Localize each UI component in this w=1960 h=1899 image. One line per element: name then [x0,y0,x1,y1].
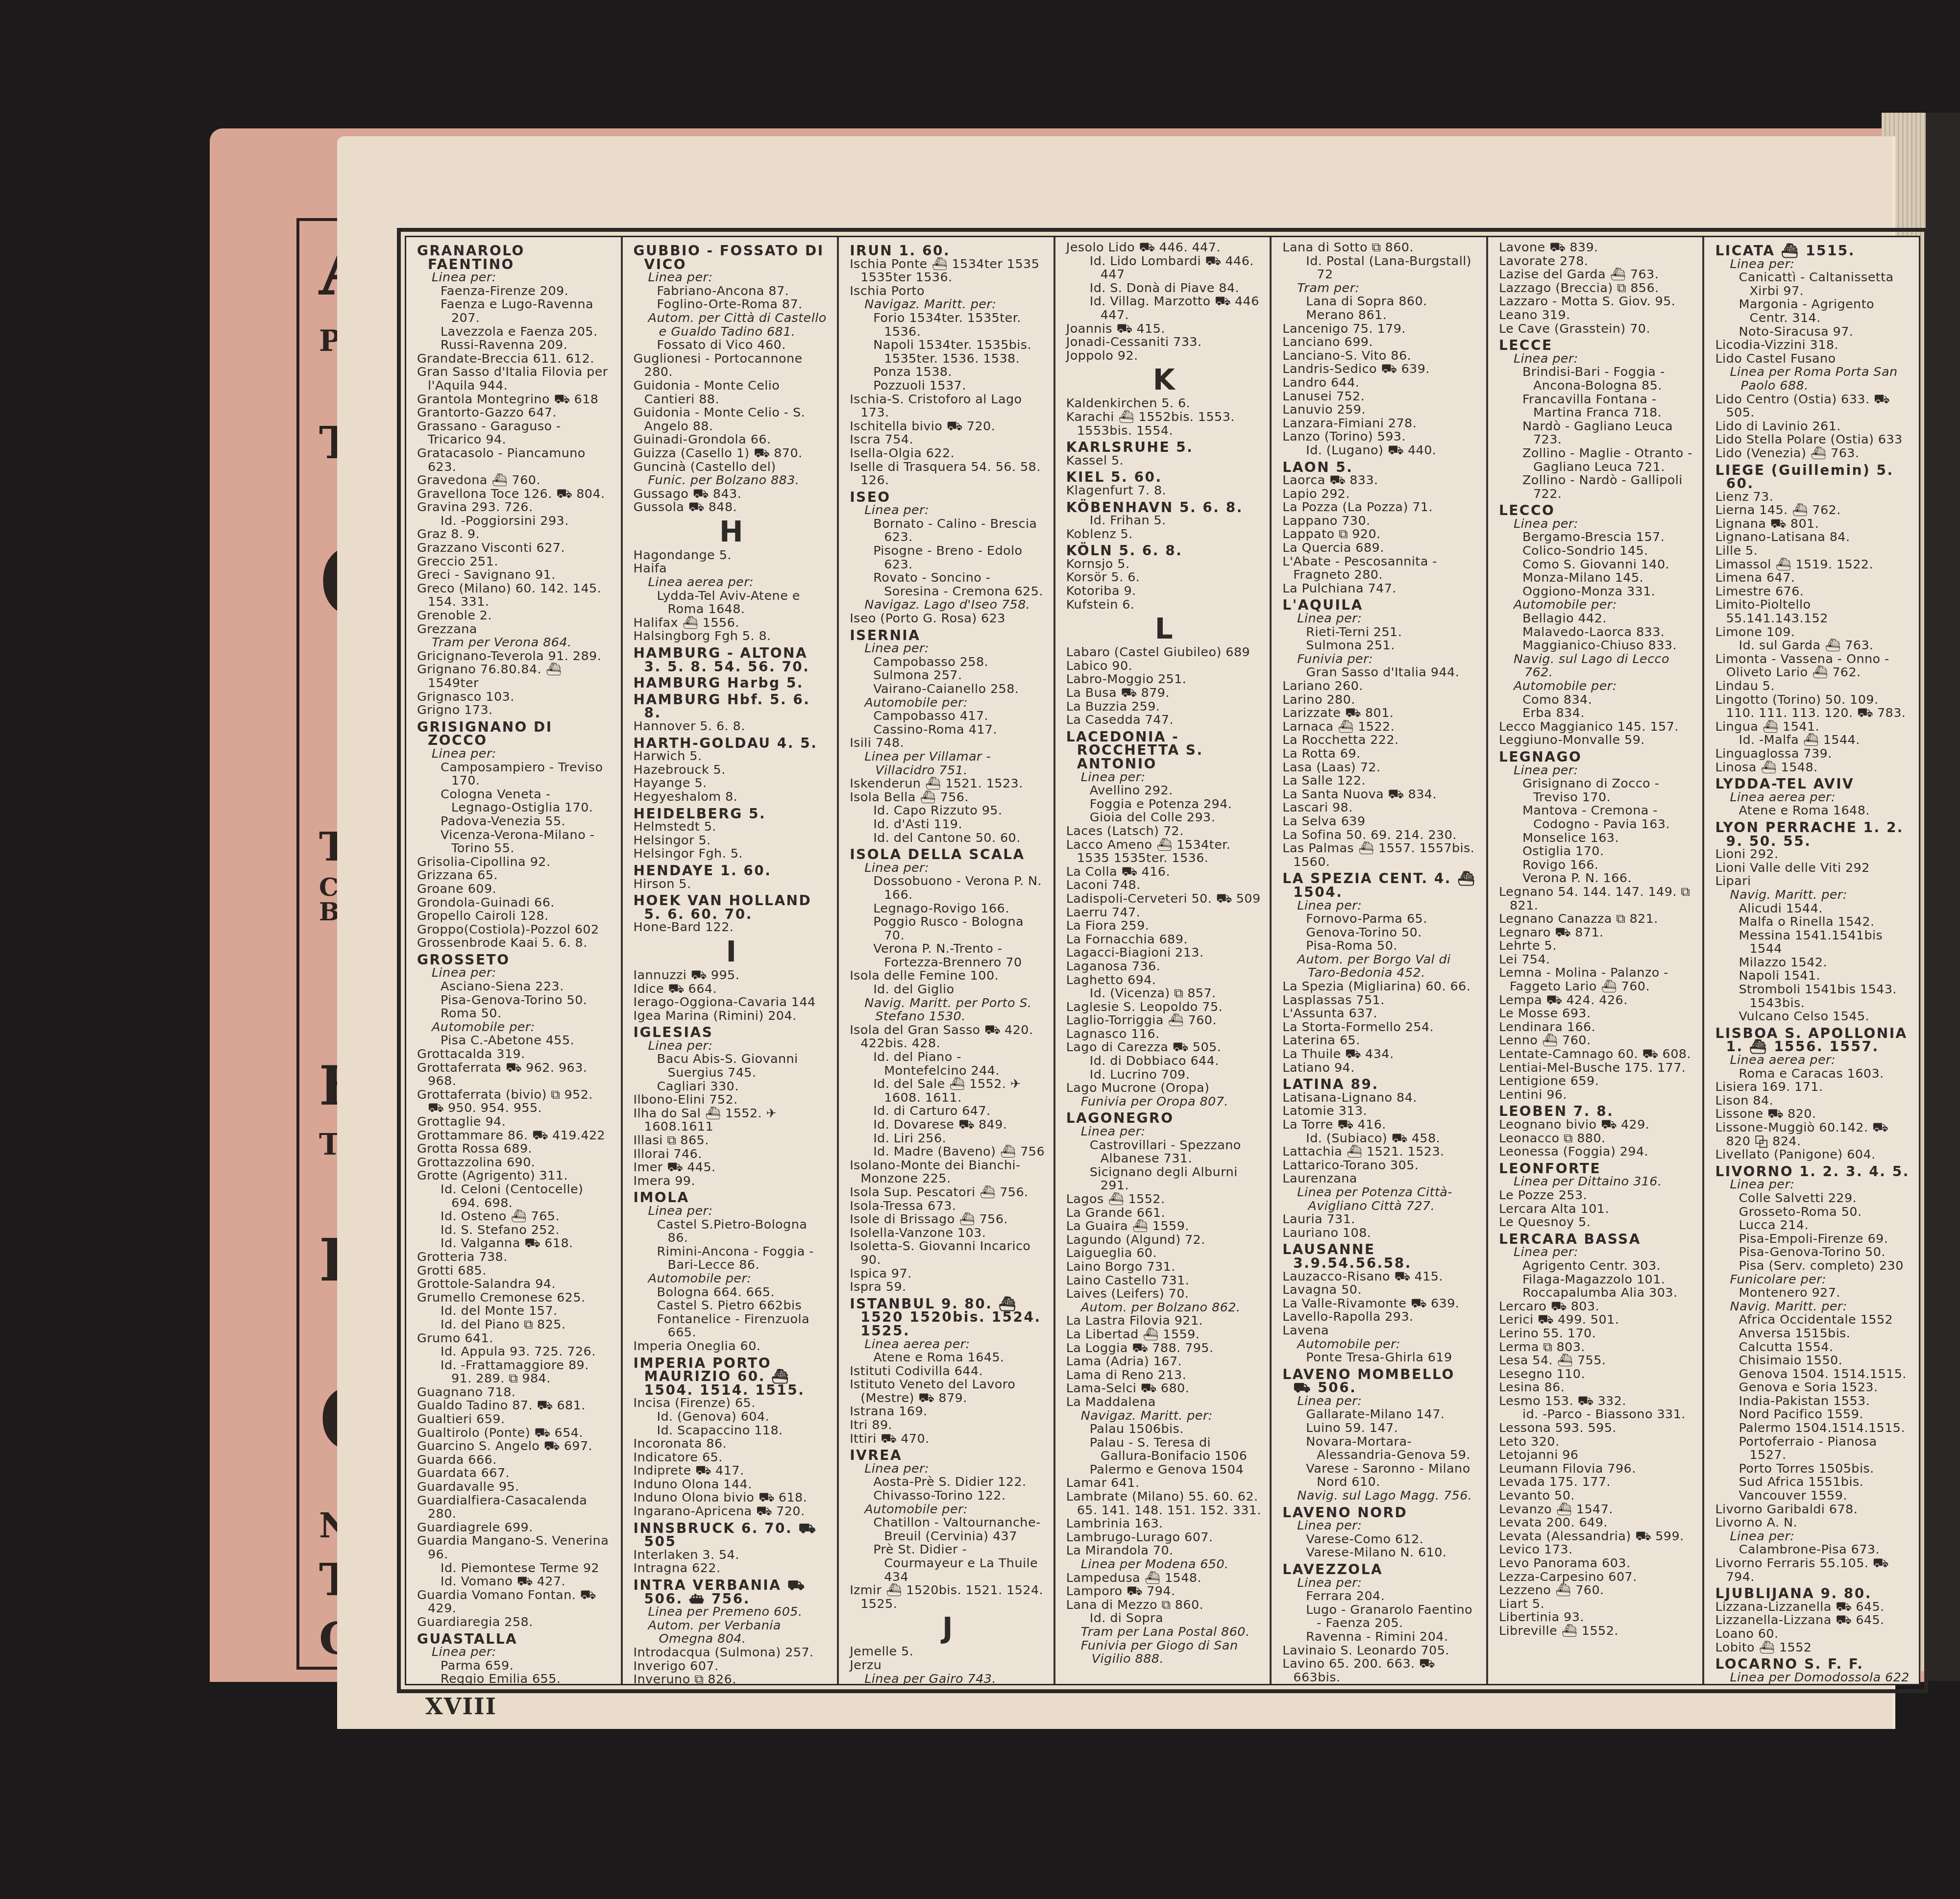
station-entry: Le Cave (Grasstein) 70. [1499,322,1695,336]
station-entry: Limito-Pioltello 55.141.143.152 [1715,598,1911,625]
route-label: Linea per Roma Porta San Paolo 688. [1715,366,1911,393]
section-letter: I [634,935,830,969]
station-entry: Laglesie S. Leopoldo 75. [1066,1001,1262,1014]
sub-entry: Id. (Lugano) ⛟ 440. [1282,444,1478,458]
station-heading: LAVEZZOLA [1282,1563,1478,1577]
station-entry: Latiano 94. [1282,1061,1478,1075]
station-entry: Grottazzolina 690. [417,1156,613,1170]
index-column-1: GRANAROLO FAENTINOLinea per:Faenza-Firen… [406,237,623,1684]
station-entry: Halsingborg Fgh 5. 8. [634,630,830,643]
station-entry: Guardavalle 95. [417,1480,613,1494]
station-entry: Guardialfiera-Casacalenda 280. [417,1494,613,1521]
station-heading: ISOLA DELLA SCALA [850,848,1046,862]
route-label: Linea per: [1499,764,1695,778]
sub-entry: Pisa-Genova-Torino 50. [1715,1246,1911,1259]
station-entry: Groppo(Costiola)-Pozzol 602 [417,923,613,937]
station-entry: Lissone-Muggiò 60.142. ⛟ 820 ⧉ 824. [1715,1121,1911,1148]
station-entry: Laces (Latsch) 72. [1066,825,1262,839]
station-entry: Lesina 86. [1499,1381,1695,1395]
station-entry: Joppolo 92. [1066,349,1262,363]
station-entry: Laorca ⛟ 833. [1282,474,1478,488]
route-label: Linea per: [1499,352,1695,366]
station-entry: Lingua ⛴ 1541. [1715,720,1911,734]
station-entry: Grottammare 86. ⛟ 419.422 [417,1129,613,1143]
sub-entry: Novara-Mortara-Alessandria-Genova 59. [1282,1435,1478,1462]
sub-entry: Id. Dovarese ⛟ 849. [850,1118,1046,1132]
station-entry: Gran Sasso d'Italia Filovia per l'Aquila… [417,366,613,393]
sub-entry: Ostiglia 170. [1499,845,1695,859]
station-heading: LAVENO MOMBELLO ⛟ 506. [1282,1368,1478,1395]
sub-entry: Id. -Frattamaggiore 89. 91. 289. ⧉ 984. [417,1359,613,1386]
station-entry: Lehrte 5. [1499,939,1695,953]
station-entry: Lasa (Laas) 72. [1282,761,1478,775]
sub-entry: Colico-Sondrio 145. [1499,544,1695,558]
station-entry: Izmir ⛴ 1520bis. 1521. 1524. 1525. [850,1584,1046,1611]
station-entry: Jonadi-Cessaniti 733. [1066,336,1262,349]
route-label: Navig. sul Lago di Lecco 762. [1499,653,1695,680]
station-entry: Lancenigo 75. 179. [1282,322,1478,336]
route-label: Linea per Villamar - Villacidro 751. [850,750,1046,777]
station-entry: Lanciano-S. Vito 86. [1282,349,1478,363]
route-label: Linea per Dittaino 316. [1499,1175,1695,1189]
station-entry: Lazise del Garda ⛴ 763. [1499,268,1695,282]
sub-entry: id. -Parco - Biassono 331. [1499,1408,1695,1422]
cover-glyph: B [319,897,340,926]
station-entry: Larino 280. [1282,693,1478,707]
route-label: Funivia per: [1282,653,1478,666]
station-entry: Livorno A. N. [1715,1516,1911,1530]
station-entry: Lattarico-Torano 305. [1282,1159,1478,1173]
station-entry: Lambrinia 163. [1066,1517,1262,1531]
station-entry: Lesegno 110. [1499,1368,1695,1381]
route-label: Automobile per: [850,1503,1046,1517]
sub-entry: Grosseto-Roma 50. [1715,1206,1911,1219]
sub-entry: Napoli 1534ter. 1535bis. 1535ter. 1536. … [850,339,1046,366]
station-entry: Linosa ⛴ 1548. [1715,761,1911,775]
sub-entry: Id. di Sopra [1066,1612,1262,1626]
station-entry: Lison 84. [1715,1094,1911,1108]
station-entry: La Casedda 747. [1066,714,1262,727]
sub-entry: Id. del Piano ⧉ 825. [417,1318,613,1332]
sub-entry: Legnago-Rovigo 166. [850,902,1046,916]
station-entry: Grotta Rossa 689. [417,1142,613,1156]
station-entry: Grottole-Salandra 94. [417,1278,613,1291]
station-entry: L'Abate - Pescosannita - Fragneto 280. [1282,555,1478,582]
station-entry: Lioni Valle delle Viti 292 [1715,862,1911,875]
station-heading: HOEK VAN HOLLAND 5. 6. 60. 70. [634,894,830,921]
station-entry: Ischia Porto [850,285,1046,298]
station-entry: Hayange 5. [634,777,830,790]
station-entry: Le Quesnoy 5. [1499,1216,1695,1230]
station-entry: Jemelle 5. [850,1645,1046,1659]
station-entry: Grantola Montegrino ⛟ 618 [417,393,613,407]
route-label: Linea aerea per: [1715,791,1911,805]
sub-entry: Id. Liri 256. [850,1132,1046,1146]
sub-entry: Id. del Monte 157. [417,1305,613,1318]
station-heading: IVREA [850,1449,1046,1462]
station-heading: LISBOA S. APOLLONIA 1. ⛴ 1556. 1557. [1715,1027,1911,1054]
station-entry: Laglio-Torriggia ⛴ 760. [1066,1014,1262,1028]
station-entry: Gualtirolo (Ponte) ⛟ 654. [417,1427,613,1440]
sub-entry: Como S. Giovanni 140. [1499,558,1695,572]
station-entry: La Rotta 69. [1282,747,1478,761]
sub-entry: Calcutta 1554. [1715,1341,1911,1355]
route-label: Navigaz. Maritt. per: [1066,1409,1262,1423]
sub-entry: Pisa-Genova-Torino 50. [417,994,613,1008]
station-heading: LACEDONIA - ROCCHETTA S. ANTONIO [1066,730,1262,771]
station-entry: Lascari 98. [1282,801,1478,815]
station-entry: La Storta-Formello 254. [1282,1021,1478,1035]
sub-entry: Vulcano Celso 1545. [1715,1010,1911,1024]
station-entry: La Maddalena [1066,1396,1262,1409]
station-heading: LIVORNO 1. 2. 3. 4. 5. [1715,1165,1911,1179]
sub-entry: Ponte Tresa-Ghirla 619 [1282,1351,1478,1365]
station-entry: Laerru 747. [1066,906,1262,920]
station-entry: Kaldenkirchen 5. 6. [1066,397,1262,411]
station-heading: ISTANBUL 9. 80. ⛴ 1520 1520bis. 1524. 15… [850,1297,1046,1338]
station-entry: Lido Centro (Ostia) 633. ⛟ 505. [1715,393,1911,420]
station-entry: La Thuile ⛟ 434. [1282,1048,1478,1061]
sub-entry: Brindisi-Bari - Foggia - Ancona-Bologna … [1499,366,1695,393]
station-entry: Lappato ⧉ 920. [1282,528,1478,542]
station-heading: LAVENO NORD [1282,1506,1478,1520]
station-entry: Grenoble 2. [417,609,613,623]
sub-entry: Id. -Poggiorsini 293. [417,515,613,528]
station-heading: HARTH-GOLDAU 4. 5. [634,737,830,750]
sub-entry: Id. -Malfa ⛴ 1544. [1715,734,1911,747]
station-entry: Lauzacco-Risano ⛟ 415. [1282,1270,1478,1284]
sub-entry: Cassino-Roma 417. [850,723,1046,737]
station-entry: Ierago-Oggiona-Cavaria 144 [634,996,830,1010]
station-entry: Jerzu [850,1659,1046,1673]
station-entry: Lavello-Rapolla 293. [1282,1310,1478,1324]
station-heading: GUBBIO - FOSSATO DI VICO [634,244,830,271]
station-entry: La Valle-Rivamonte ⛟ 639. [1282,1297,1478,1311]
station-entry: Lemna - Molina - Palanzo - Faggeto Lario… [1499,966,1695,993]
sub-entry: Rieti-Terni 251. [1282,626,1478,640]
station-entry: Iscra 754. [850,433,1046,447]
station-entry: Leano 319. [1499,309,1695,322]
station-entry: Ingarano-Apricena ⛟ 720. [634,1505,830,1519]
station-entry: Livorno Garibaldi 678. [1715,1503,1911,1517]
sub-entry: Africa Occidentale 1552 [1715,1313,1911,1327]
station-heading: HAMBURG Harbg 5. [634,676,830,690]
station-entry: Latomie 313. [1282,1105,1478,1118]
sub-entry: Portoferraio - Pianosa 1527. [1715,1435,1911,1462]
sub-entry: Ravenna - Rimini 204. [1282,1630,1478,1644]
station-entry: Korsör 5. 6. [1066,571,1262,585]
sub-entry: Lana di Sopra 860. [1282,295,1478,309]
sub-entry: Poggio Rusco - Bologna 70. [850,915,1046,942]
station-entry: Guidonia - Monte Celio Cantieri 88. [634,379,830,406]
station-heading: LEGNAGO [1499,750,1695,764]
sub-entry: Palermo e Genova 1504 [1066,1463,1262,1477]
route-label: Autom. per Bolzano 862. [1066,1301,1262,1315]
sub-entry: Id. Piemontese Terme 92 [417,1562,613,1576]
station-heading: LATINA 89. [1282,1078,1478,1091]
station-heading: INTRA VERBANIA ⛟ 506. ⛴ 756. [634,1578,830,1605]
station-entry: Isola-Tressa 673. [850,1200,1046,1213]
sub-entry: Lavezzola e Faenza 205. [417,325,613,339]
station-entry: Lago Mucrone (Oropa) [1066,1082,1262,1095]
station-entry: La Pozza (La Pozza) 71. [1282,501,1478,515]
route-label: Linea per: [1499,1246,1695,1259]
sub-entry: Zollino - Nardò - Gallipoli 722. [1499,474,1695,501]
station-entry: Grizzana 65. [417,869,613,883]
station-entry: Lama di Reno 213. [1066,1369,1262,1382]
sub-entry: Reggio Emilia 655. [417,1673,613,1684]
sub-entry: Grisignano di Zocco - Treviso 170. [1499,777,1695,804]
station-entry: Grottaferrata ⛟ 962. 963. 968. [417,1061,613,1088]
station-entry: Lappano 730. [1282,515,1478,528]
station-heading: GRANAROLO FAENTINO [417,244,613,271]
station-entry: Grazzano Visconti 627. [417,542,613,555]
sub-entry: Palau 1506bis. [1066,1423,1262,1436]
sub-entry: Id. Capo Rizzuto 95. [850,804,1046,818]
sub-entry: Id. Scapaccino 118. [634,1424,830,1438]
station-entry: Greccio 251. [417,555,613,569]
sub-entry: Id. Villag. Marzotto ⛟ 446 447. [1066,295,1262,322]
station-entry: Letojanni 96 [1499,1449,1695,1462]
index-column-2: GUBBIO - FOSSATO DI VICOLinea per:Fabria… [623,237,839,1684]
station-entry: Lenno ⛴ 760. [1499,1034,1695,1048]
station-heading: LEONFORTE [1499,1162,1695,1176]
sub-entry: Id. del Giglio [850,983,1046,997]
station-entry: La Fornacchia 689. [1066,933,1262,947]
station-heading: LIEGE (Guillemin) 5. 60. [1715,464,1911,491]
station-entry: Grottaglie 94. [417,1115,613,1129]
route-label: Linea per: [850,862,1046,875]
route-label: Linea per: [850,642,1046,656]
station-entry: Iannuzzi ⛟ 995. [634,969,830,983]
station-entry: Lezzeno ⛴ 760. [1499,1584,1695,1598]
station-entry: Lanusei 752. [1282,390,1478,404]
station-entry: Lissone ⛟ 820. [1715,1108,1911,1121]
station-entry: Guidonia - Monte Celio - S. Angelo 88. [634,406,830,433]
station-entry: Iselle di Trasquera 54. 56. 58. 126. [850,461,1046,488]
station-entry: Isola del Gran Sasso ⛟ 420. 422bis. 428. [850,1024,1046,1051]
sub-entry: Atene e Roma 1645. [850,1351,1046,1365]
station-entry: Lauria 731. [1282,1213,1478,1227]
route-label: Navig. sul Lago Magg. 756. [1282,1489,1478,1503]
sub-entry: Verona P. N. 166. [1499,872,1695,886]
route-label: Linea per: [1715,258,1911,271]
station-entry: Labaro (Castel Giubileo) 689 [1066,646,1262,660]
station-heading: LYON PERRACHE 1. 2. 9. 50. 55. [1715,821,1911,848]
route-label: Linea per: [634,1205,830,1218]
station-entry: Isolano-Monte dei Bianchi-Monzone 225. [850,1159,1046,1186]
route-label: Linea per: [417,1646,613,1659]
station-entry: Greco (Milano) 60. 142. 145. 154. 331. [417,582,613,609]
sub-entry: Id. di Carturo 647. [850,1105,1046,1118]
station-entry: Inveruno ⧉ 826. [634,1673,830,1684]
sub-entry: Id. Appula 93. 725. 726. [417,1345,613,1359]
station-entry: Hegyeshalom 8. [634,790,830,804]
station-entry: Grigno 173. [417,704,613,717]
station-entry: Grignasco 103. [417,691,613,704]
station-entry: Lanzo (Torino) 593. [1282,430,1478,444]
sub-entry: Monselice 163. [1499,832,1695,845]
station-entry: Lanuvio 259. [1282,403,1478,417]
station-entry: Hone-Bard 122. [634,921,830,935]
station-entry: Licodia-Vizzini 318. [1715,339,1911,352]
station-entry: Lambrugo-Lurago 607. [1066,1531,1262,1545]
station-entry: Hazebrouck 5. [634,764,830,777]
route-label: Navigaz. Lago d'Iseo 758. [850,598,1046,612]
sub-entry: Chivasso-Torino 122. [850,1489,1046,1503]
station-entry: Larizzate ⛟ 801. [1282,707,1478,720]
station-entry: Lido Stella Polare (Ostia) 633 [1715,433,1911,447]
station-entry: Las Palmas ⛴ 1557. 1557bis. 1560. [1282,842,1478,869]
route-label: Navig. Maritt. per: [1715,1300,1911,1314]
station-entry: Grottaferrata (bivio) ⧉ 952. ⛟ 950. 954.… [417,1088,613,1115]
route-label: Tram per: [1282,282,1478,296]
sub-entry: Sulmona 251. [1282,639,1478,653]
station-entry: Illorai 746. [634,1148,830,1161]
station-entry: Lezza-Carpesino 607. [1499,1571,1695,1584]
sub-entry: Roccapalumba Alia 303. [1499,1286,1695,1300]
route-label: Automobile per: [850,696,1046,710]
sub-entry: Id. Valganna ⛟ 618. [417,1237,613,1251]
sub-entry: Bologna 664. 665. [634,1286,830,1300]
index-frame: GRANAROLO FAENTINOLinea per:Faenza-Firen… [397,228,1928,1693]
station-entry: Isola delle Femine 100. [850,969,1046,983]
station-entry: Induno Olona bivio ⛟ 618. [634,1491,830,1505]
sub-entry: Agrigento Centr. 303. [1499,1259,1695,1273]
sub-entry: Malavedo-Laorca 833. [1499,626,1695,640]
station-heading: LAUSANNE 3.9.54.56.58. [1282,1243,1478,1270]
route-label: Linea per: [1282,1519,1478,1533]
station-entry: Levo Panorama 603. [1499,1557,1695,1571]
station-entry: Lacco Ameno ⛴ 1534ter. 1535 1535ter. 153… [1066,839,1262,865]
station-entry: Leonessa (Foggia) 294. [1499,1145,1695,1159]
sub-entry: Milazzo 1542. [1715,956,1911,970]
route-label: Tram per Lana Postal 860. [1066,1626,1262,1639]
station-entry: Lesa 54. ⛴ 755. [1499,1354,1695,1368]
station-entry: Lizzanella-Lizzana ⛟ 645. [1715,1614,1911,1628]
sub-entry: Pisa C.-Abetone 455. [417,1034,613,1048]
station-entry: Lido di Lavinio 261. [1715,420,1911,434]
station-entry: Labro-Moggio 251. [1066,673,1262,687]
station-entry: Leumann Filovia 796. [1499,1462,1695,1476]
sub-entry: Varese-Milano N. 610. [1282,1546,1478,1560]
station-entry: Lerma ⧉ 803. [1499,1341,1695,1355]
route-label: Automobile per: [1499,680,1695,693]
station-entry: Lapio 292. [1282,488,1478,501]
route-label: Linea per: [1715,1530,1911,1544]
route-label: Linea per: [1282,899,1478,913]
station-entry: Hagondange 5. [634,549,830,563]
route-label: Linea per: [417,966,613,980]
sub-entry: Malfa o Rinella 1542. [1715,915,1911,929]
station-entry: Laigueglia 60. [1066,1247,1262,1260]
sub-entry: Castrovillari - Spezzano Albanese 731. [1066,1139,1262,1166]
sub-entry: Vicenza-Verona-Milano -Torino 55. [417,829,613,856]
sub-entry: Id. del Sale ⛴ 1552. ✈ 1608. 1611. [850,1078,1046,1105]
station-entry: Guagnano 718. [417,1386,613,1400]
station-entry: Indicatore 65. [634,1451,830,1465]
station-entry: Guizza (Casello 1) ⛟ 870. [634,447,830,461]
sub-entry: Camposampiero - Treviso 170. [417,761,613,788]
station-entry: Helsingor Fgh. 5. [634,847,830,861]
station-entry: Indiprete ⛟ 417. [634,1464,830,1478]
sub-entry: Alicudi 1544. [1715,902,1911,916]
sub-entry: Gallarate-Milano 147. [1282,1408,1478,1422]
station-entry: Le Mosse 693. [1499,1007,1695,1021]
station-heading: IMOLA [634,1191,830,1205]
station-entry: Intragna 622. [634,1562,830,1576]
station-entry: Leto 320. [1499,1435,1695,1449]
sub-entry: Roma e Caracas 1603. [1715,1067,1911,1081]
station-entry: Lana di Mezzo ⧉ 860. [1066,1599,1262,1612]
station-heading: LECCE [1499,339,1695,352]
station-entry: Lagnasco 116. [1066,1028,1262,1041]
station-entry: Imera 99. [634,1175,830,1188]
station-entry: La Rocchetta 222. [1282,734,1478,747]
station-entry: Lattachia ⛴ 1521. 1523. [1282,1145,1478,1159]
station-entry: Lama-Selci ⛟ 680. [1066,1382,1262,1396]
sub-entry: Faenza e Lugo-Ravenna 207. [417,298,613,325]
sub-entry: Colle Salvetti 229. [1715,1192,1911,1206]
station-entry: Grotteria 738. [417,1251,613,1264]
route-label: Autom. per Verbania Omegna 804. [634,1619,830,1646]
station-entry: La Mirandola 70. [1066,1544,1262,1558]
sub-entry: Rovato - Soncino - Soresina - Cremona 62… [850,571,1046,598]
sub-entry: Genova e Soria 1523. [1715,1381,1911,1395]
station-entry: Lanciano 699. [1282,336,1478,349]
station-entry: Legnano Canazza ⧉ 821. [1499,913,1695,926]
station-entry: Ischitella bivio ⛟ 720. [850,420,1046,434]
station-entry: Lercara Alta 101. [1499,1203,1695,1216]
station-entry: Gravina 293. 726. [417,501,613,515]
station-entry: Lindau 5. [1715,680,1911,693]
route-label: Linea per Modena 650. [1066,1558,1262,1572]
station-heading: LEOBEN 7. 8. [1499,1105,1695,1118]
route-label: Automobile per: [634,1272,830,1286]
sub-entry: Varese - Saronno - Milano Nord 610. [1282,1462,1478,1489]
station-entry: Lesmo 153. ⛟ 332. [1499,1395,1695,1408]
sub-entry: Ponza 1538. [850,366,1046,379]
route-label: Autom. per Borgo Val di Taro-Bedonia 452… [1282,953,1478,980]
station-entry: Joannis ⛟ 415. [1066,322,1262,336]
station-entry: Lanzara-Fimiani 278. [1282,417,1478,431]
sub-entry: Varese-Como 612. [1282,1533,1478,1547]
sub-entry: Zollino - Maglie - Otranto - Gagliano Le… [1499,447,1695,474]
sub-entry: Id. del Piano - Montefelcino 244. [850,1051,1046,1078]
station-entry: Limena 647. [1715,571,1911,585]
station-entry: Legnano 54. 144. 147. 149. ⧉ 821. [1499,886,1695,913]
station-entry: Laghetto 694. [1066,974,1262,987]
sub-entry: Id. Frihan 5. [1066,514,1262,528]
sub-entry: Genova 1504. 1514.1515. [1715,1368,1911,1381]
sub-entry: Erba 834. [1499,707,1695,720]
station-entry: Lignana ⛟ 801. [1715,518,1911,531]
station-entry: Guardiagrele 699. [417,1521,613,1535]
route-label: Linea per: [1282,612,1478,626]
station-entry: Livellato (Panigone) 604. [1715,1148,1911,1162]
route-label: Navig. Maritt. per: [1715,888,1911,902]
station-entry: Introdacqua (Sulmona) 257. [634,1646,830,1660]
station-entry: Libreville ⛴ 1552. [1499,1625,1695,1638]
station-entry: Ispra 59. [850,1281,1046,1294]
sub-entry: Mantova - Cremona - Codogno - Pavia 163. [1499,804,1695,831]
sub-entry: Dossobuono - Verona P. N. 166. [850,875,1046,902]
station-entry: Laganosa 736. [1066,960,1262,974]
route-label: Funicolare per: [1715,1273,1911,1287]
station-entry: Kassel 5. [1066,454,1262,468]
station-entry: Ispica 97. [850,1267,1046,1281]
station-heading: HAMBURG - ALTONA 3. 5. 8. 54. 56. 70. [634,646,830,673]
